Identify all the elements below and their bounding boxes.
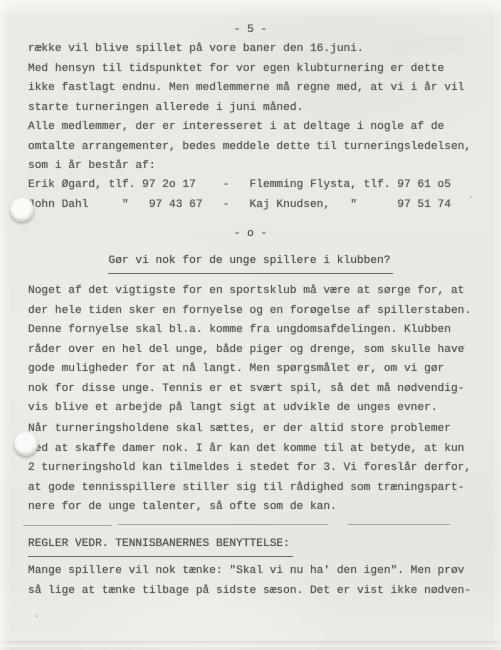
rules-paragraph: Mange spillere vil nok tænke: "Skal vi n… <box>28 562 471 601</box>
text-line: række vil blive spillet på vore baner de… <box>28 40 471 60</box>
section-divider: - o - <box>0 225 501 245</box>
youth-paragraph-1: Noget af det vigtigste for en sportsklub… <box>28 282 471 419</box>
contact-row: Erik Øgard, tlf. 97 2o 17 - Flemming Fly… <box>28 176 451 196</box>
paper-speck <box>36 615 38 617</box>
text-line: så lige at tænke tilbage på sidste sæson… <box>28 582 471 602</box>
text-line: med at skaffe damer nok. I år kan det ko… <box>28 440 471 460</box>
scanned-document-page: - 5 - række vil blive spillet på vore ba… <box>0 0 501 650</box>
bottom-crease <box>0 641 501 647</box>
paper-speck <box>470 196 472 198</box>
text-line: Mange spillere vil nok tænke: "Skal vi n… <box>28 562 471 582</box>
youth-paragraph-2: Når turneringsholdene skal sættes, er de… <box>28 420 471 518</box>
text-line: starte turneringen allerede i juni måned… <box>28 99 471 119</box>
paper-speck <box>463 345 465 347</box>
text-line: Noget af det vigtigste for en sportsklub… <box>28 282 471 302</box>
section-divider-text: - o - <box>234 225 268 245</box>
contact-list: Erik Øgard, tlf. 97 2o 17 - Flemming Fly… <box>28 176 451 215</box>
contact-row: John Dahl " 97 43 67 - Kaj Knudsen, " 97… <box>28 196 451 216</box>
rule-segment <box>348 524 450 525</box>
rule-segment <box>23 525 112 526</box>
rules-heading-text: REGLER VEDR. TENNISBANERNES BENYTTELSE: <box>28 535 293 557</box>
intro-paragraph: række vil blive spillet på vore baner de… <box>28 40 471 177</box>
text-line: der hele tiden sker en fornyelse og en f… <box>28 302 471 322</box>
text-line: nere for de unge talenter, så ofte som d… <box>28 498 471 518</box>
text-line: Når turneringsholdene skal sættes, er de… <box>28 420 471 440</box>
hole-punch-top <box>10 198 34 222</box>
text-line: 2 turneringshold kan tilmeldes i stedet … <box>28 459 471 479</box>
youth-section-heading: Gør vi nok for de unge spillere i klubbe… <box>0 252 501 274</box>
hole-punch-bottom <box>14 432 38 456</box>
text-line: at gode tennisspillere stiller sig til r… <box>28 479 471 499</box>
rules-heading: REGLER VEDR. TENNISBANERNES BENYTTELSE: <box>28 535 293 557</box>
youth-section-heading-text: Gør vi nok for de unge spillere i klubbe… <box>108 252 394 274</box>
page-number-text: - 5 - <box>234 21 268 41</box>
rule-segment <box>118 524 328 525</box>
text-line: ikke fastlagt endnu. Men medlemmerne må … <box>28 79 471 99</box>
text-line: Denne fornyelse skal bl.a. komme fra ung… <box>28 321 471 341</box>
text-line: vis blive et arbejde på langt sigt at ud… <box>28 399 471 419</box>
text-line: nok for disse unge. Tennis er et svært s… <box>28 380 471 400</box>
text-line: som i år består af: <box>28 157 471 177</box>
text-line: omtalte arrangementer, bedes meddele det… <box>28 138 471 158</box>
text-line: Med hensyn til tidspunktet for vor egen … <box>28 60 471 80</box>
text-line: gode muligheder for at nå langt. Men spø… <box>28 360 471 380</box>
text-line: Alle medlemmer, der er interesseret i at… <box>28 118 471 138</box>
text-line: råder over en hel del unge, både piger o… <box>28 341 471 361</box>
